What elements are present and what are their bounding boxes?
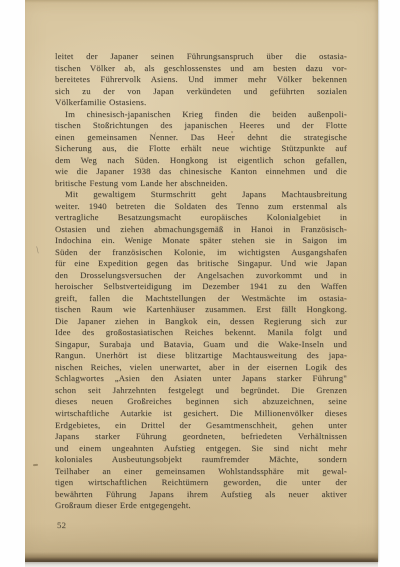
text-line: für eine Expedition gegen das britische … <box>55 258 347 270</box>
text-line: dem Weg nach Süden. Hongkong ist eigentl… <box>55 155 347 167</box>
text-line: Ostasien und ziehen abmachungsgemäß in H… <box>55 224 347 236</box>
text-line: Süden der französischen Kolonie, im wich… <box>55 247 347 259</box>
text-line: Die Japaner ziehen in Bangkok ein, desse… <box>55 316 347 328</box>
text-line: Sicherung aus, die Flotte erhält neue wi… <box>55 143 347 155</box>
text-line: weiter. 1940 betreten die Soldaten des T… <box>55 201 347 213</box>
paragraph: leitet der Japaner seinen Führungsanspru… <box>55 51 347 109</box>
text-line: wie die Japaner 1938 das chinesische Kan… <box>55 166 347 178</box>
text-line: Japans starker Führung geordneten, befri… <box>55 431 347 443</box>
paper-speck <box>82 104 84 105</box>
text-line: schon seit Jahrzehnten festgelegt und be… <box>55 385 347 397</box>
text-line: bewährten Führung Japans ihrem Aufstieg … <box>55 489 347 501</box>
text-line: koloniales Ausbeutungsobjekt raumfremder… <box>55 454 347 466</box>
text-line: den Drosselungsversuchen der Angelsachen… <box>55 270 347 282</box>
text-line: tischen Stoßrichtungen des japanischen H… <box>55 120 347 132</box>
text-line: Mit gewaltigem Sturmschritt geht Japans … <box>55 189 347 201</box>
text-line: und einem ungeahnten Aufstieg entgegen. … <box>55 443 347 455</box>
scanner-bed-strip <box>25 562 378 567</box>
text-line: sich zu der von Japan verkündeten und ge… <box>55 86 347 98</box>
paragraph: Mit gewaltigem Sturmschritt geht Japans … <box>55 189 347 511</box>
margin-smudge <box>33 464 38 466</box>
text-line: Indochina ein. Wenige Monate später steh… <box>55 235 347 247</box>
text-line: tischen Raum wie Kartenhäuser zusammen. … <box>55 304 347 316</box>
text-line: greift, fallen die Machtstellungen der W… <box>55 293 347 305</box>
text-line: wirtschaftliche Autarkie ist gesichert. … <box>55 408 347 420</box>
text-line: nischen Reiches, vielen unerwartet, aber… <box>55 362 347 374</box>
text-line: britische Festung vom Lande her abschnei… <box>55 178 347 190</box>
text-line: Großraum dieser Erde entgegengeht. <box>55 500 347 512</box>
text-line: Erdgebietes, ein Drittel der Gesamtmensc… <box>55 420 347 432</box>
text-line: Singapur, Surabaja und Batavia, Guam und… <box>55 339 347 351</box>
paper-speck <box>155 132 156 134</box>
text-line: dieses neuen Großreiches beginnen sich a… <box>55 396 347 408</box>
text-line: vertragliche Besatzungsmacht europäische… <box>55 212 347 224</box>
scanned-book-page: leitet der Japaner seinen Führungsanspru… <box>0 0 400 567</box>
text-line: bereitetes Führervolk Asiens. Und immer … <box>55 74 347 86</box>
text-block: leitet der Japaner seinen Führungsanspru… <box>55 51 347 512</box>
text-line: einen gemeinsamen Nenner. Das Heer dehnt… <box>55 132 347 144</box>
text-line: heroischer Selbstverteidigung im Dezembe… <box>55 281 347 293</box>
text-line: Völkerfamilie Ostasiens. <box>55 97 347 109</box>
text-line: Rangun. Unerhört ist diese blitzartige M… <box>55 350 347 362</box>
paragraph: Im chinesisch-japanischen Krieg finden d… <box>55 109 347 190</box>
text-line: leitet der Japaner seinen Führungsanspru… <box>55 51 347 63</box>
text-line: tischen Völker ab, als geschlossenstes u… <box>55 63 347 75</box>
text-line: Teilhaber an einer gemeinsamen Wohlstand… <box>55 466 347 478</box>
text-line: Schlagwortes „Asien den Asiaten unter Ja… <box>55 373 347 385</box>
text-line: tigen wirtschaftlichen Reichtümern gewor… <box>55 477 347 489</box>
text-line: Idee des großostasiatischen Reiches beke… <box>55 327 347 339</box>
text-line: Im chinesisch-japanischen Krieg finden d… <box>55 109 347 121</box>
page-number: 52 <box>57 520 66 530</box>
paper-speck <box>231 131 233 133</box>
